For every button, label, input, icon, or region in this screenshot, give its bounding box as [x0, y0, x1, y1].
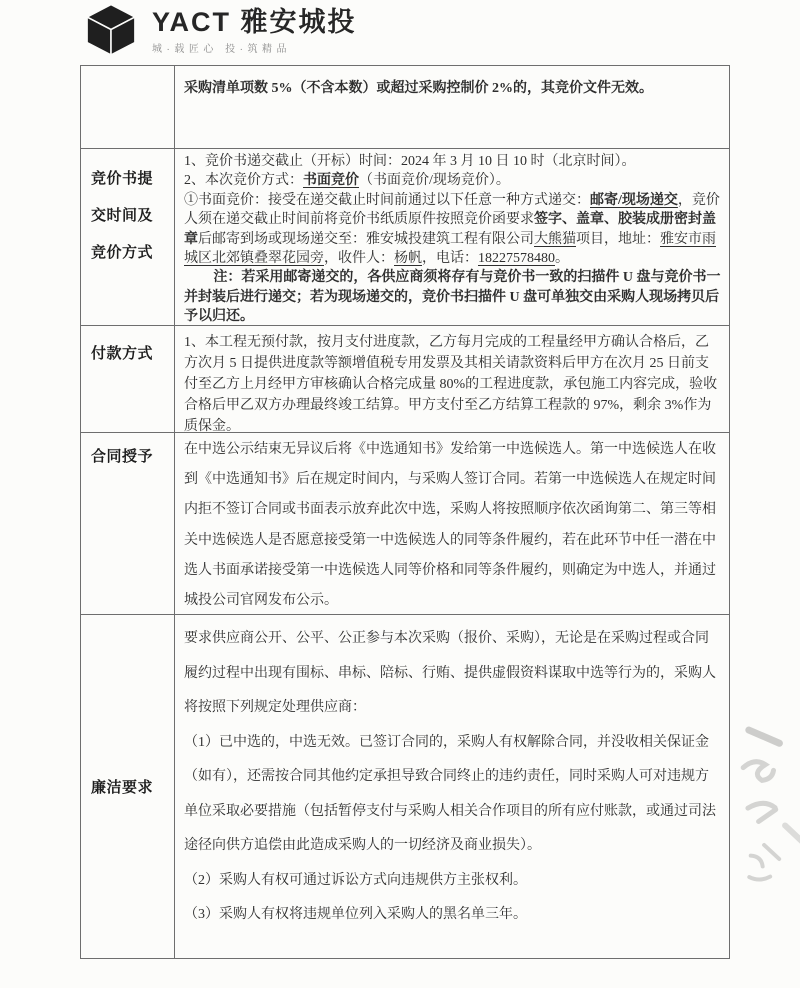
table-row-submission-time-method: 竞价书提交时间及竞价方式 1、竞价书递交截止（开标）时间：2024 年 3 月 …	[81, 149, 729, 326]
table-row-contract-award: 合同授予 在中选公示结束无异议后将《中选通知书》发给第一中选候选人。第一中选候选…	[81, 433, 729, 615]
logo-title: YACT 雅安城投	[152, 7, 357, 37]
row-content: 1、本工程无预付款，按月支付进度款，乙方每月完成的工程量经甲方确认合格后，乙方次…	[175, 326, 729, 432]
row-content: 1、竞价书递交截止（开标）时间：2024 年 3 月 10 日 10 时（北京时…	[175, 149, 729, 325]
handwriting-watermark	[716, 712, 800, 887]
table-row-payment-method: 付款方式 1、本工程无预付款，按月支付进度款，乙方每月完成的工程量经甲方确认合格…	[81, 326, 729, 433]
row-label: 廉洁要求	[81, 615, 175, 958]
table-row-list-validity: 采购清单项数 5%（不含本数）或超过采购控制价 2%的，其竞价文件无效。	[81, 66, 729, 149]
logo-text-block: YACT 雅安城投 城·载匠心 投·筑精品	[152, 3, 357, 55]
row-label	[81, 66, 175, 148]
document-page: YACT 雅安城投 城·载匠心 投·筑精品 采购清单项数 5%（不含本数）或超过…	[0, 0, 800, 988]
cube-icon	[84, 3, 138, 55]
row-label: 竞价书提交时间及竞价方式	[81, 149, 175, 325]
row-label: 付款方式	[81, 326, 175, 432]
company-logo: YACT 雅安城投 城·载匠心 投·筑精品	[84, 3, 357, 55]
table-row-integrity-requirements: 廉洁要求 要求供应商公开、公平、公正参与本次采购（报价、采购），无论是在采购过程…	[81, 615, 729, 958]
bidding-terms-table: 采购清单项数 5%（不含本数）或超过采购控制价 2%的，其竞价文件无效。 竞价书…	[80, 65, 730, 959]
row-content: 采购清单项数 5%（不含本数）或超过采购控制价 2%的，其竞价文件无效。	[175, 66, 729, 148]
logo-tagline: 城·载匠心 投·筑精品	[152, 40, 357, 55]
row-label: 合同授予	[81, 433, 175, 614]
row-content: 在中选公示结束无异议后将《中选通知书》发给第一中选候选人。第一中选候选人在收到《…	[175, 433, 729, 614]
row-content: 要求供应商公开、公平、公正参与本次采购（报价、采购），无论是在采购过程或合同履约…	[175, 615, 729, 958]
